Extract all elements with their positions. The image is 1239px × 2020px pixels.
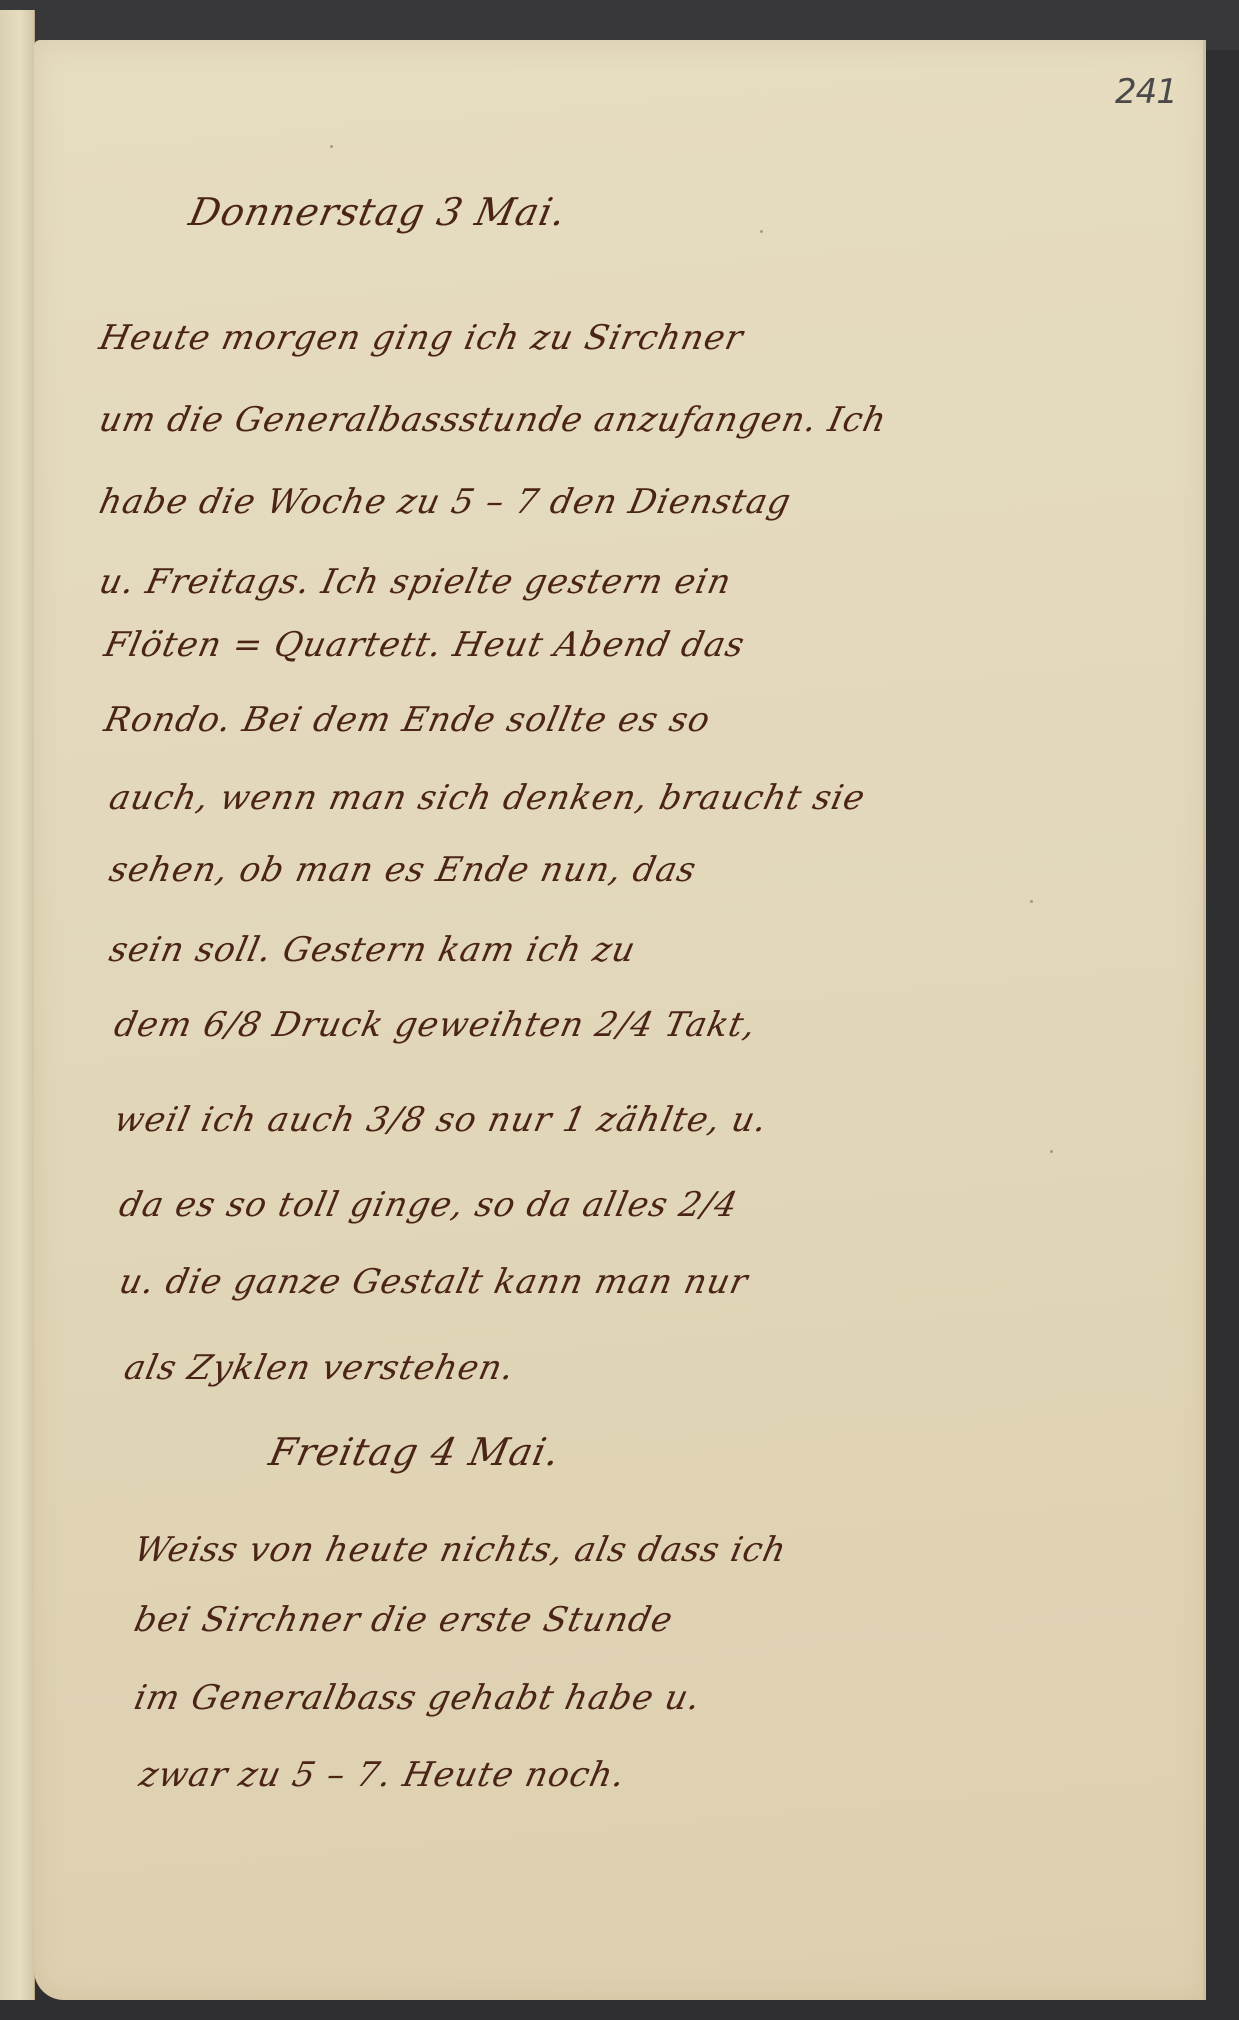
- paper-speck: [330, 145, 333, 148]
- paper-speck: [1050, 1150, 1053, 1153]
- paper-speck: [760, 230, 763, 233]
- text-line: sehen, ob man es Ende nun, das: [106, 850, 700, 890]
- text-line: habe die Woche zu 5 – 7 den Dienstag: [96, 482, 795, 522]
- text-line: u. Freitags. Ich spielte gestern ein: [96, 562, 735, 602]
- text-line: im Generalbass gehabt habe u.: [131, 1678, 705, 1718]
- text-line: da es so toll ginge, so da alles 2/4: [116, 1185, 742, 1225]
- text-line: sein soll. Gestern kam ich zu: [106, 930, 640, 970]
- entry-heading: Freitag 4 Mai.: [265, 1430, 564, 1474]
- text-line: auch, wenn man sich denken, braucht sie: [106, 778, 869, 818]
- folio-number: 241: [1115, 72, 1177, 112]
- text-line: bei Sirchner die erste Stunde: [131, 1600, 677, 1640]
- text-line: zwar zu 5 – 7. Heute noch.: [136, 1755, 629, 1795]
- paper-speck: [1030, 900, 1033, 903]
- text-line: u. die ganze Gestalt kann man nur: [116, 1262, 752, 1302]
- text-line: Rondo. Bei dem Ende sollte es so: [101, 700, 714, 740]
- text-line: Flöten = Quartett. Heut Abend das: [101, 625, 749, 665]
- text-line: als Zyklen verstehen.: [121, 1348, 519, 1388]
- text-line: Weiss von heute nichts, als dass ich: [131, 1530, 791, 1570]
- text-line: weil ich auch 3/8 so nur 1 zählte, u.: [111, 1100, 771, 1140]
- entry-heading: Donnerstag 3 Mai.: [185, 190, 570, 234]
- text-line: Heute morgen ging ich zu Sirchner: [96, 318, 747, 358]
- text-line: um die Generalbassstunde anzufangen. Ich: [96, 400, 891, 440]
- page-edge: [1203, 40, 1206, 2000]
- facing-page-edge: [0, 10, 35, 2000]
- text-line: dem 6/8 Druck geweihten 2/4 Takt,: [111, 1005, 760, 1045]
